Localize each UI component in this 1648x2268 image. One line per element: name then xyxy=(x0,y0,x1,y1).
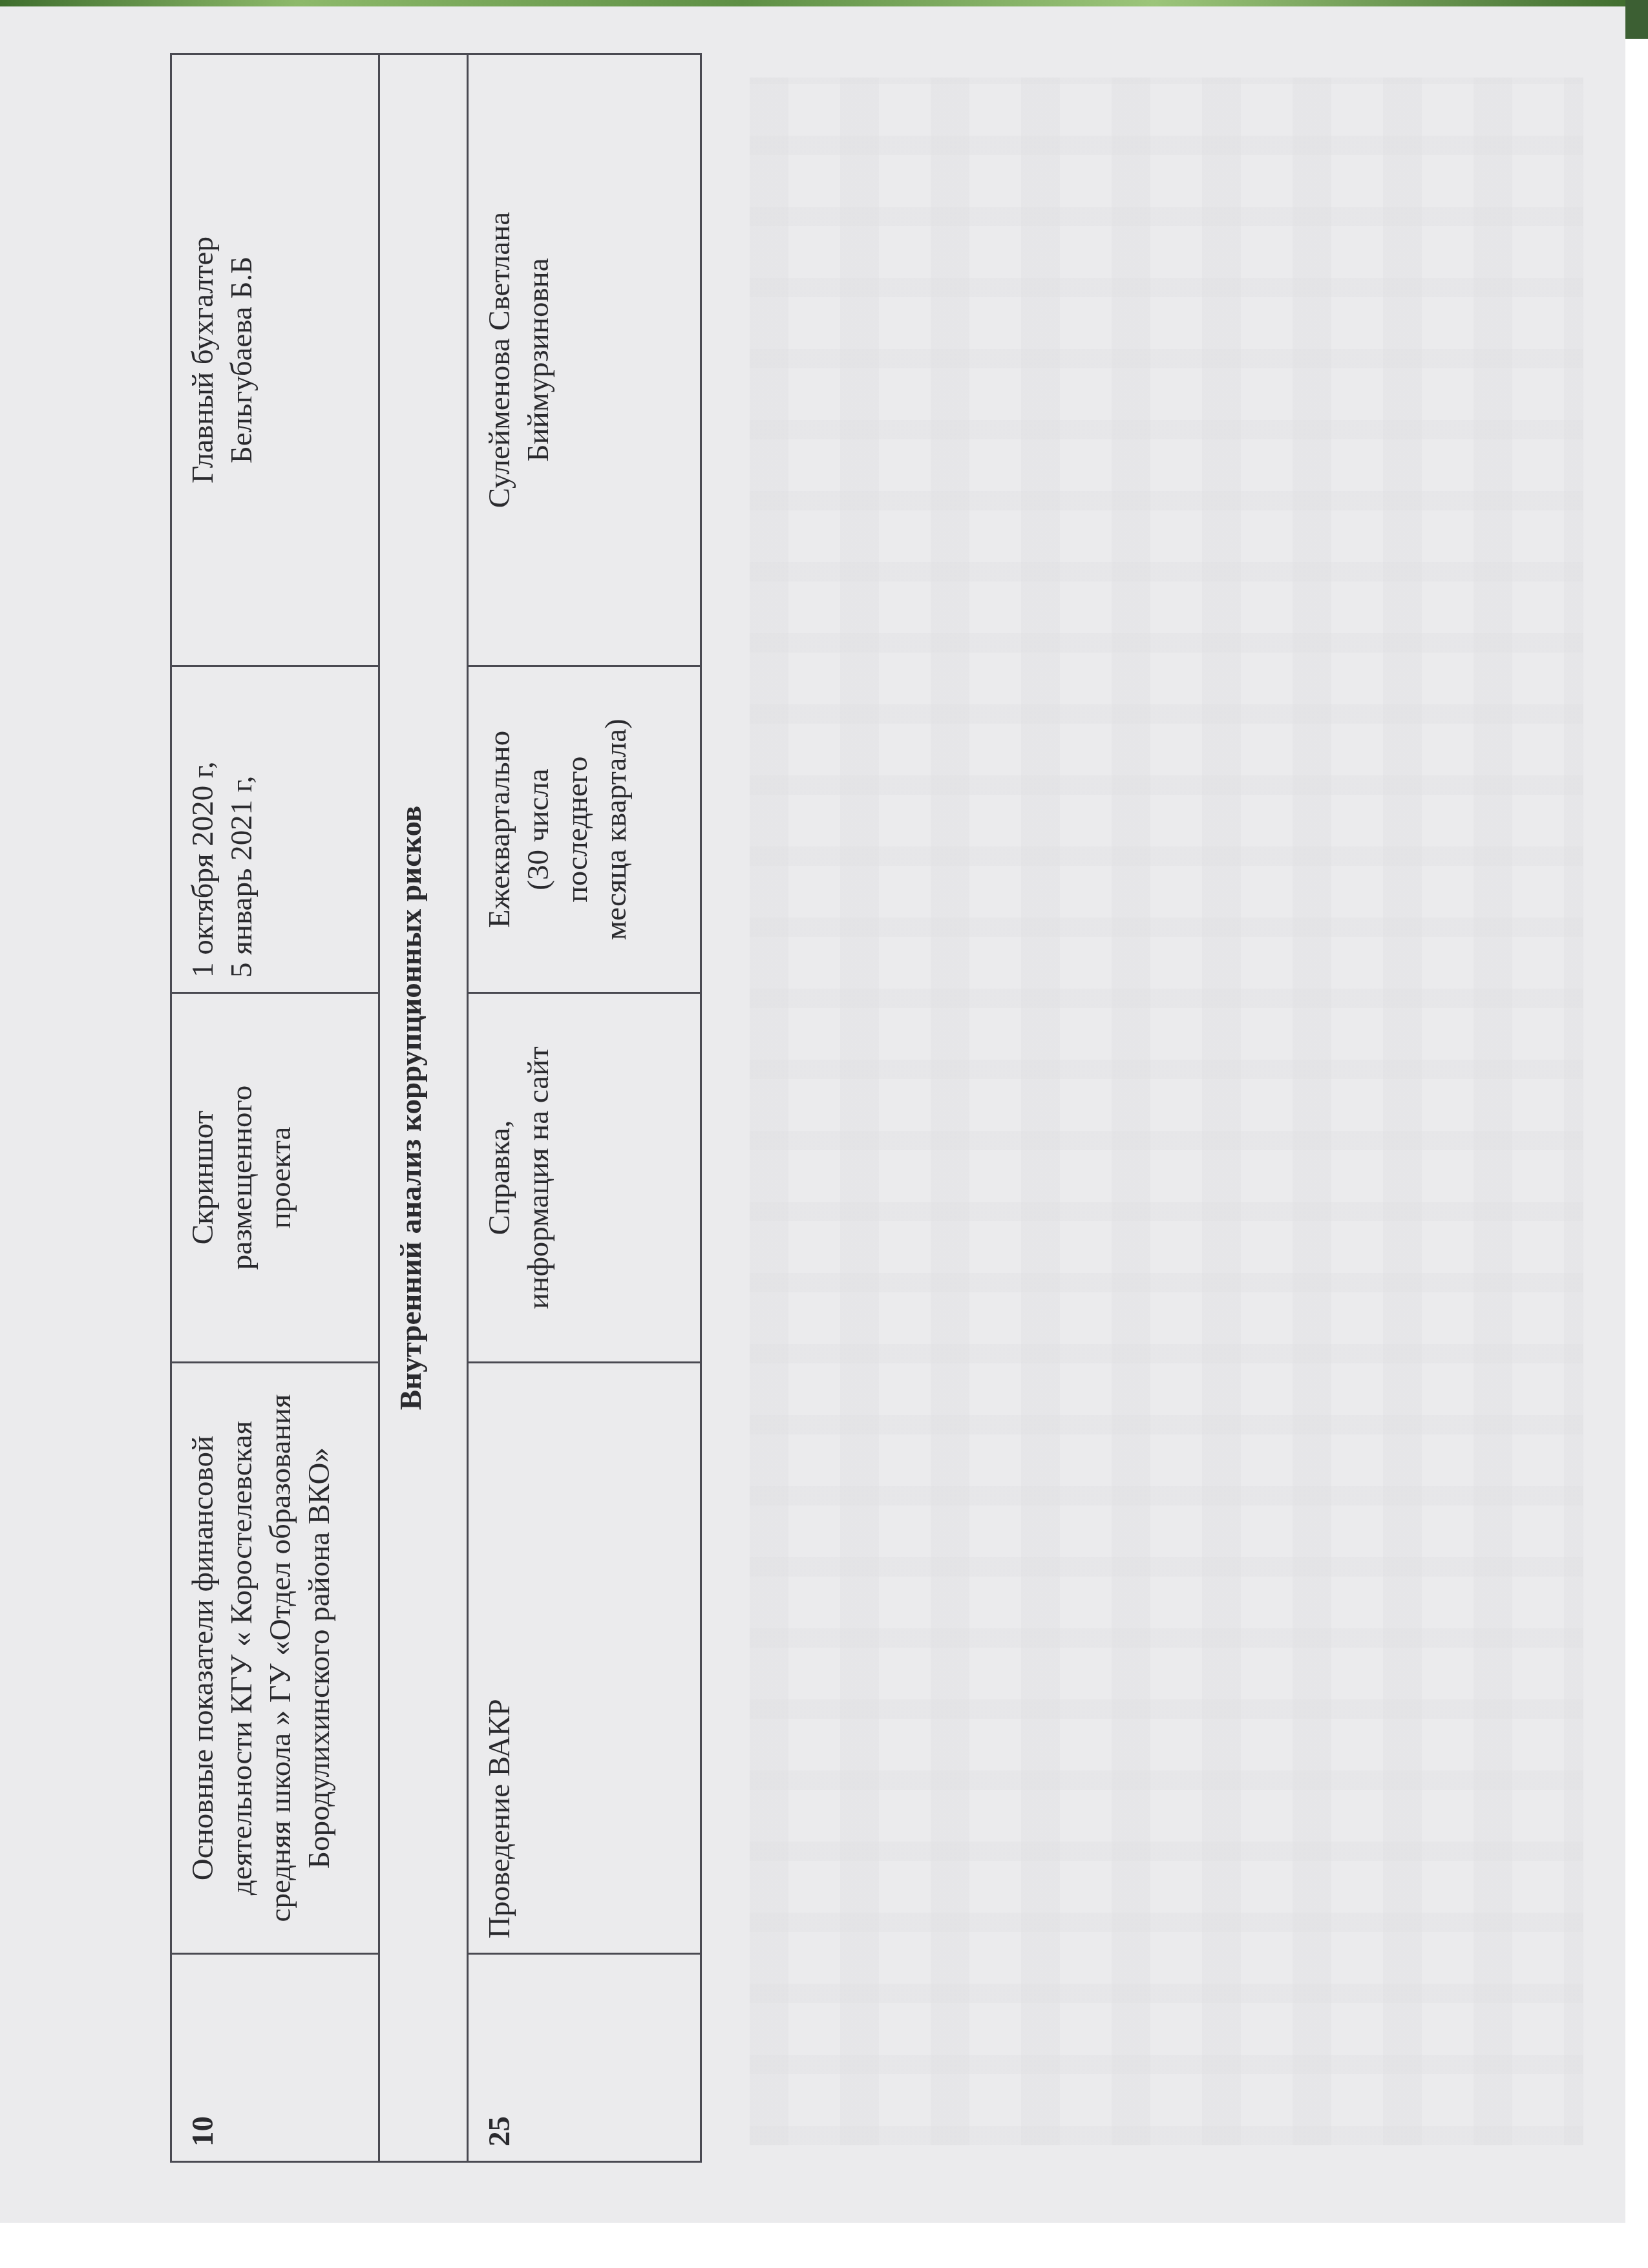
responsible-cell: Главный бухгалтер Бельгубаева Б.Б xyxy=(171,54,379,666)
activity-text: средняя школа » ГУ «Отдел образования xyxy=(261,1378,300,1938)
responsible-cell: Сулейменова Светлана Биймурзиновна xyxy=(468,54,701,666)
deadline-text: 1 октября 2020 г, xyxy=(184,681,222,978)
completion-form-text: проекта xyxy=(261,1008,300,1347)
deadline-text: 5 январь 2021 г, xyxy=(222,681,261,978)
deadline-text: (30 числа xyxy=(519,681,558,978)
scanner-edge xyxy=(0,0,1648,6)
completion-form-text: Справка, xyxy=(480,1008,519,1347)
section-row: Внутренний анализ коррупционных рисков xyxy=(379,54,468,2162)
activity-cell: Основные показатели финансовой деятельно… xyxy=(171,1363,379,1954)
row-number: 25 xyxy=(468,1954,701,2162)
activity-text: Проведение ВАКР xyxy=(480,1378,519,1938)
row-number: 10 xyxy=(171,1954,379,2162)
page-bottom-margin xyxy=(0,2223,1648,2268)
deadline-text: Ежеквартально xyxy=(480,681,519,978)
completion-form-text: Скриншот xyxy=(184,1008,222,1347)
deadline-text: последнего xyxy=(558,681,597,978)
responsible-text: Сулейменова Светлана xyxy=(480,69,519,651)
completion-form-text: информация на сайт xyxy=(519,1008,558,1347)
completion-form-text: размещенного xyxy=(222,1008,261,1347)
responsible-text: Биймурзиновна xyxy=(519,69,558,651)
table-row: 25 Проведение ВАКР Справка, информация н… xyxy=(468,54,701,2162)
anti-corruption-plan-table: 10 Основные показатели финансовой деятел… xyxy=(170,53,702,2163)
activity-cell: Проведение ВАКР xyxy=(468,1363,701,1954)
deadline-cell: Ежеквартально (30 числа последнего месяц… xyxy=(468,666,701,993)
activity-text: Бородулихинского района ВКО» xyxy=(300,1378,339,1938)
reverse-side-bleed-through xyxy=(750,78,1583,2145)
responsible-text: Бельгубаева Б.Б xyxy=(222,69,261,651)
table-row: 10 Основные показатели финансовой деятел… xyxy=(171,54,379,2162)
section-title: Внутренний анализ коррупционных рисков xyxy=(379,54,468,2162)
activity-text: Основные показатели финансовой xyxy=(184,1378,222,1938)
completion-form-cell: Скриншот размещенного проекта xyxy=(171,993,379,1363)
scanner-edge-corner xyxy=(1625,0,1648,39)
deadline-cell: 1 октября 2020 г, 5 январь 2021 г, xyxy=(171,666,379,993)
deadline-text: месяца квартала) xyxy=(597,681,635,978)
completion-form-cell: Справка, информация на сайт xyxy=(468,993,701,1363)
activity-text: деятельности КГУ « Коростелевская xyxy=(222,1378,261,1938)
responsible-text: Главный бухгалтер xyxy=(184,69,222,651)
rotated-table-container: 10 Основные показатели финансовой деятел… xyxy=(170,55,700,2163)
